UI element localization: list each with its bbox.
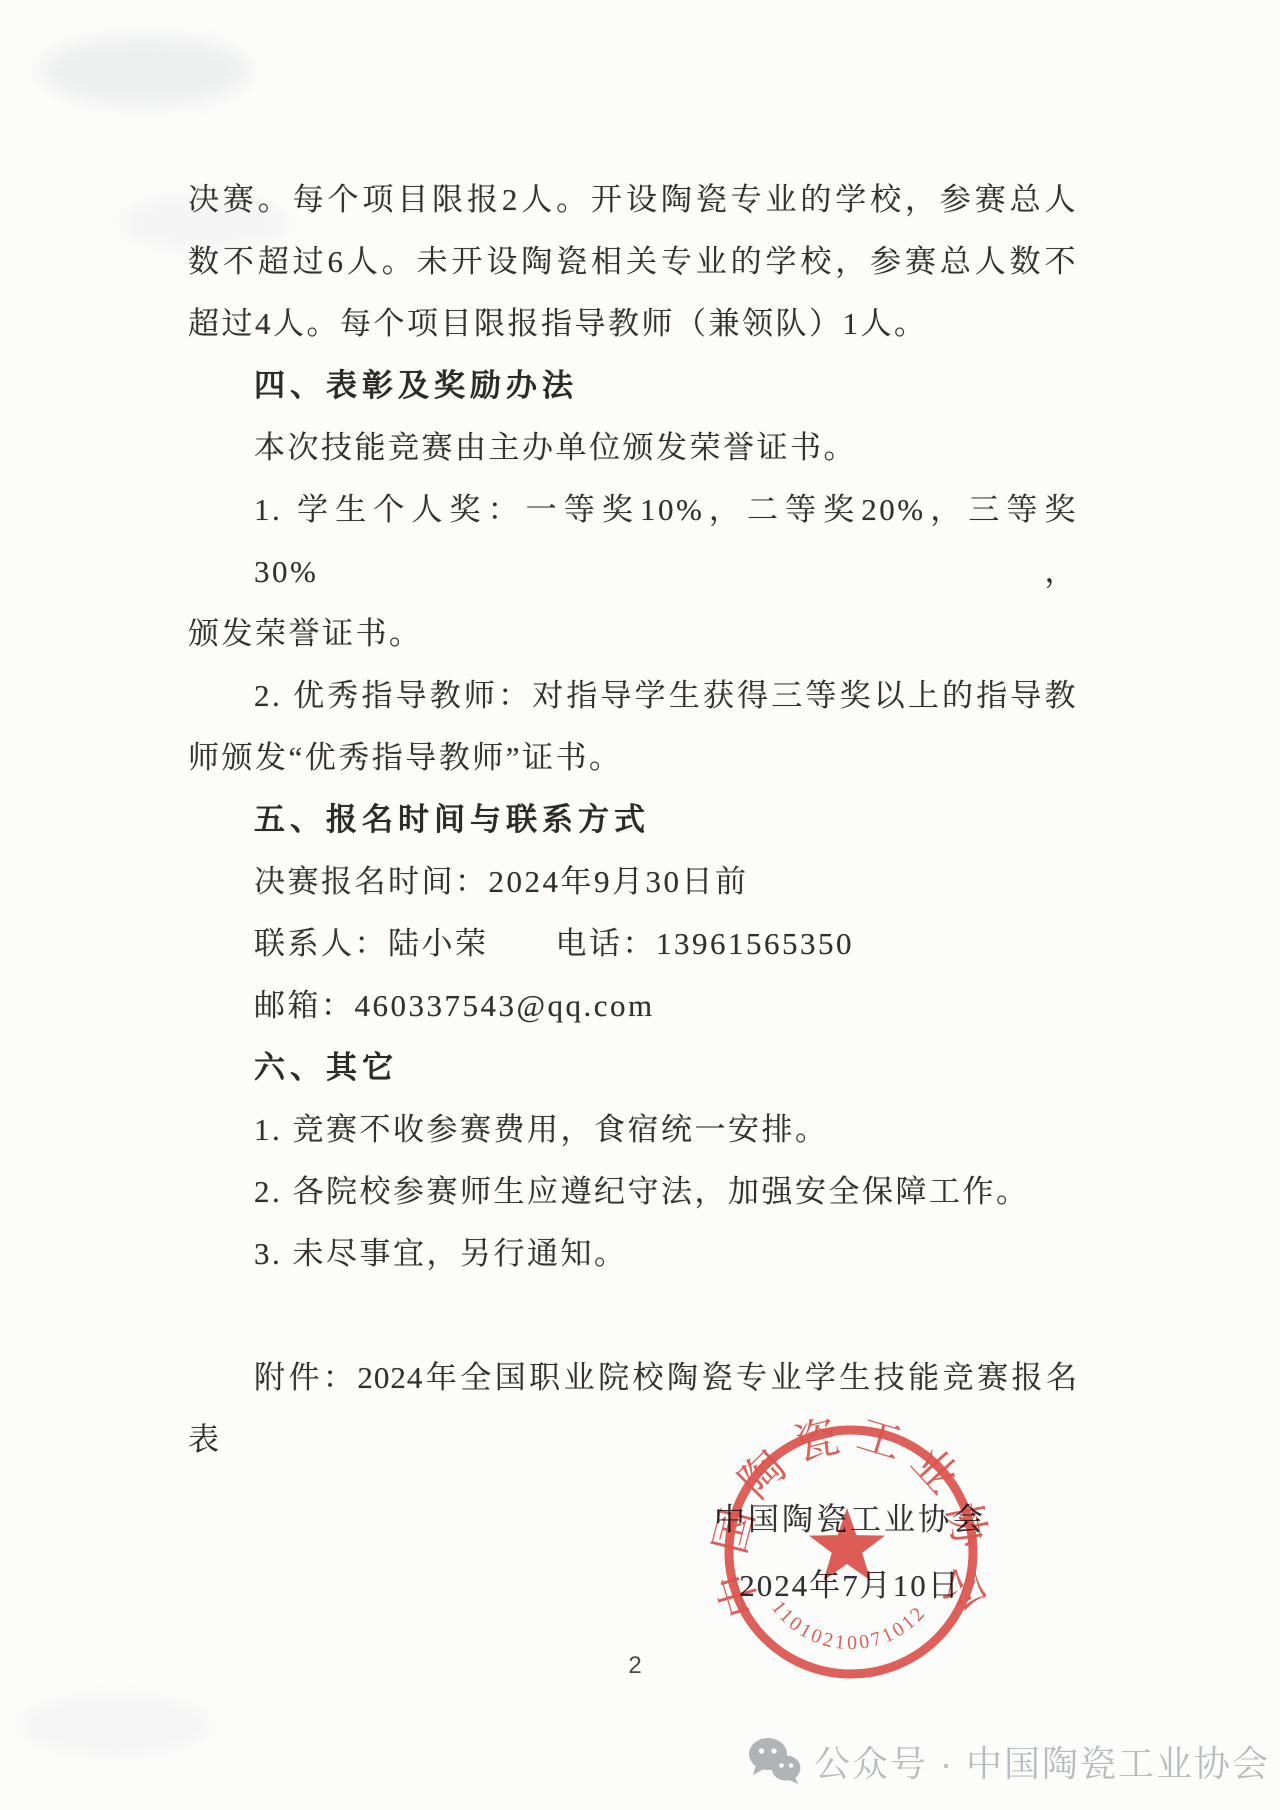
doc-line: 表 bbox=[188, 1409, 1078, 1471]
doc-line: 2. 各院校参赛师生应遵纪守法，加强安全保障工作。 bbox=[188, 1161, 1078, 1223]
doc-line: 附件：2024年全国职业院校陶瓷专业学生技能竞赛报名 bbox=[188, 1347, 1078, 1409]
section-heading: 六、其它 bbox=[188, 1037, 1078, 1099]
doc-line: 邮箱：460337543@qq.com bbox=[188, 975, 1078, 1037]
doc-line: 1. 竞赛不收参赛费用，食宿统一安排。 bbox=[188, 1099, 1078, 1161]
doc-line: 数不超过6人。未开设陶瓷相关专业的学校，参赛总人数不 bbox=[188, 231, 1078, 293]
signature-org: 中国陶瓷工业协会 bbox=[690, 1494, 1010, 1539]
doc-line: 决赛。每个项目限报2人。开设陶瓷专业的学校，参赛总人 bbox=[188, 169, 1078, 231]
doc-line: 3. 未尽事宜，另行通知。 bbox=[188, 1223, 1078, 1285]
blank-line bbox=[188, 1285, 1078, 1347]
document-page: 决赛。每个项目限报2人。开设陶瓷专业的学校，参赛总人数不超过6人。未开设陶瓷相关… bbox=[0, 0, 1280, 1810]
page-number: 2 bbox=[600, 1652, 670, 1680]
doc-line: 超过4人。每个项目限报指导教师（兼领队）1人。 bbox=[188, 293, 1078, 355]
doc-line: 联系人：陆小荣 电话：13961565350 bbox=[188, 913, 1078, 975]
signature-date: 2024年7月10日 bbox=[690, 1560, 1010, 1605]
doc-line: 2. 优秀指导教师：对指导学生获得三等奖以上的指导教 bbox=[188, 665, 1078, 727]
doc-line: 颁发荣誉证书。 bbox=[188, 603, 1078, 665]
section-heading: 四、表彰及奖励办法 bbox=[188, 355, 1078, 417]
section-heading: 五、报名时间与联系方式 bbox=[188, 789, 1078, 851]
doc-line: 本次技能竞赛由主办单位颁发荣誉证书。 bbox=[188, 417, 1078, 479]
doc-line: 1. 学生个人奖：一等奖10%，二等奖20%，三等奖30%， bbox=[188, 479, 1078, 603]
scan-smudge bbox=[40, 36, 250, 106]
doc-line: 决赛报名时间：2024年9月30日前 bbox=[188, 851, 1078, 913]
scan-smudge bbox=[20, 1695, 210, 1755]
footer: 公众号 · 中国陶瓷工业协会 bbox=[748, 1733, 1270, 1789]
stamp-serial: 11010210071012 bbox=[767, 1597, 931, 1655]
wechat-icon bbox=[748, 1737, 802, 1785]
body-text: 决赛。每个项目限报2人。开设陶瓷专业的学校，参赛总人数不超过6人。未开设陶瓷相关… bbox=[188, 169, 1078, 1471]
doc-line: 师颁发“优秀指导教师”证书。 bbox=[188, 727, 1078, 789]
wechat-label: 公众号 · 中国陶瓷工业协会 bbox=[814, 1736, 1270, 1787]
